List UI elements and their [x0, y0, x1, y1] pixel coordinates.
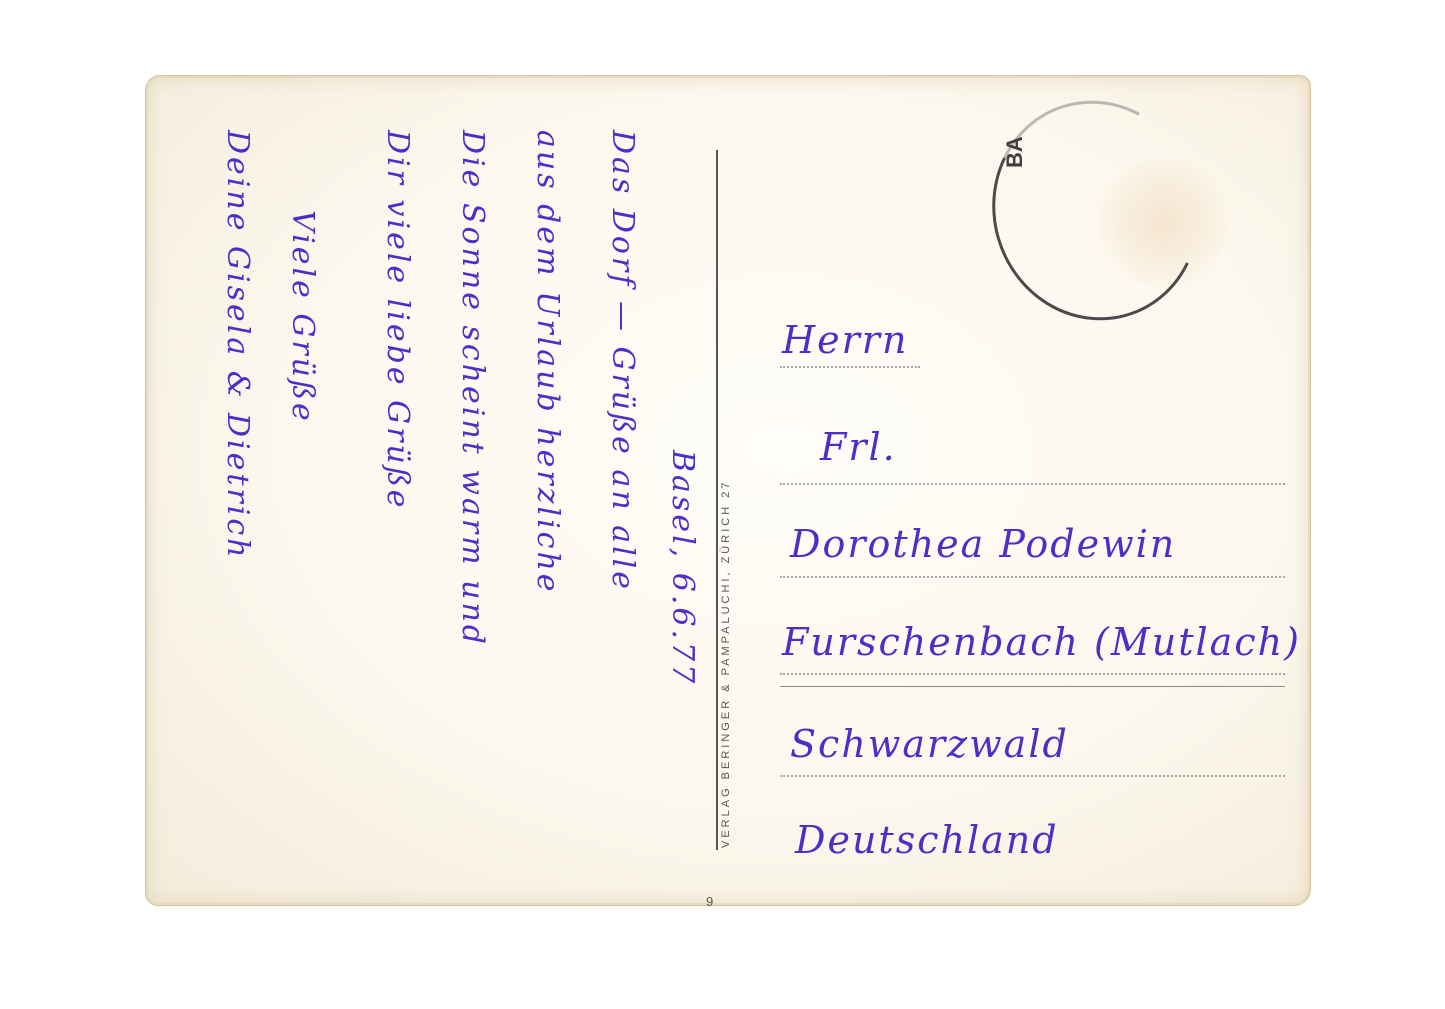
address-line-2	[780, 483, 1285, 485]
address-line-4	[780, 673, 1285, 675]
publisher-imprint: VERLAG BERINGER & PAMPALUCHI, ZÜRICH 27	[720, 480, 732, 848]
address-salutation: Frl.	[820, 425, 897, 469]
address-country: Deutschland	[795, 818, 1059, 862]
divider-line	[716, 150, 718, 850]
address-line-3	[780, 576, 1285, 578]
address-underline	[780, 686, 1285, 687]
postmark-text: BA	[1002, 136, 1028, 168]
address-region: Schwarzwald	[790, 722, 1069, 766]
card-number: 9	[706, 894, 713, 909]
address-prefix: Herrn	[782, 318, 908, 362]
address-locality: Furschenbach (Mutlach)	[782, 620, 1301, 664]
address-line-1	[780, 366, 920, 368]
address-recipient: Dorothea Podewin	[790, 522, 1176, 566]
address-line-5	[780, 775, 1285, 777]
